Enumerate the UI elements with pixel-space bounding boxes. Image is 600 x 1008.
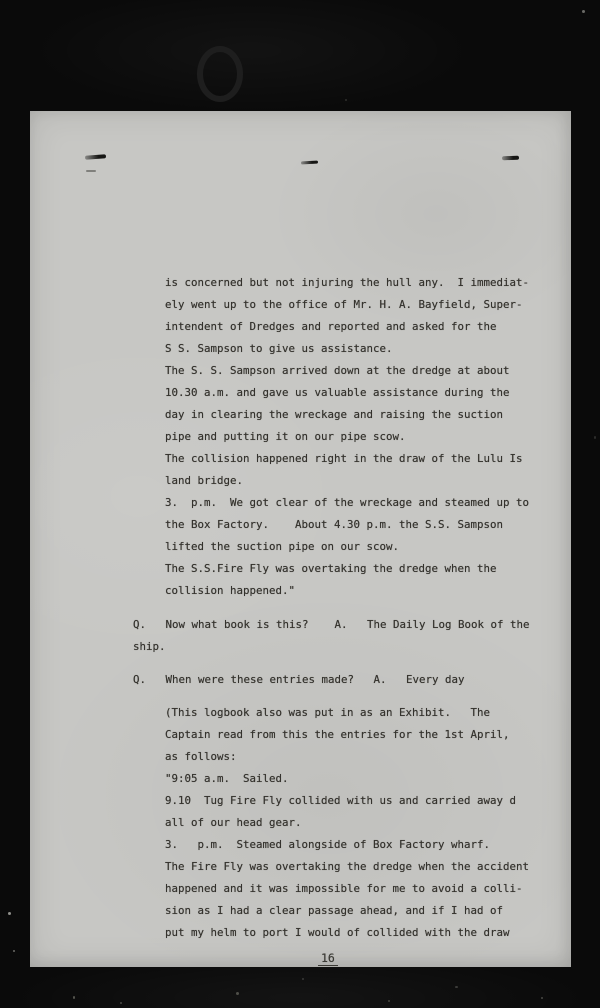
qa-line-question: Q. Now what book is this? A. The Daily L… [133, 614, 573, 636]
scan-dust-speck [388, 1000, 390, 1002]
typed-line: (This logbook also was put in as an Exhi… [133, 702, 573, 724]
scan-dust-speck [594, 436, 596, 439]
typed-line: sion as I had a clear passage ahead, and… [133, 900, 573, 922]
typed-line: "9:05 a.m. Sailed. [133, 768, 573, 790]
typed-line: Captain read from this the entries for t… [133, 724, 573, 746]
qa-line-question: Q. When were these entries made? A. Ever… [133, 669, 573, 691]
typed-line: day in clearing the wreckage and raising… [133, 404, 573, 426]
pencil-dash-mark-right [502, 156, 519, 160]
scan-dust-speck [302, 978, 304, 980]
scan-dust-speck [73, 996, 75, 999]
typed-line: 3. p.m. We got clear of the wreckage and… [133, 492, 573, 514]
typed-line: happened and it was impossible for me to… [133, 878, 573, 900]
typed-line: The collision happened right in the draw… [133, 448, 573, 470]
scanned-page-background: is concerned but not injuring the hull a… [0, 0, 600, 1008]
page-number: 16 [318, 951, 338, 966]
typed-line: The S. S. Sampson arrived down at the dr… [133, 360, 573, 382]
typed-line: 3. p.m. Steamed alongside of Box Factory… [133, 834, 573, 856]
typed-line: The Fire Fly was overtaking the dredge w… [133, 856, 573, 878]
typed-line: as follows: [133, 746, 573, 768]
pencil-dash-mark-left-small [86, 170, 96, 172]
scan-dust-speck [8, 912, 11, 915]
typed-line: pipe and putting it on our pipe scow. [133, 426, 573, 448]
typed-line: put my helm to port I would of collided … [133, 922, 573, 944]
scan-dust-speck [582, 10, 585, 13]
typed-line: the Box Factory. About 4.30 p.m. the S.S… [133, 514, 573, 536]
typed-line: ely went up to the office of Mr. H. A. B… [133, 294, 573, 316]
scan-dust-speck [236, 992, 239, 995]
typed-line: 9.10 Tug Fire Fly collided with us and c… [133, 790, 573, 812]
qa-line-answer-continuation: ship. [133, 636, 573, 658]
typed-line: all of our head gear. [133, 812, 573, 834]
typed-line: intendent of Dredges and reported and as… [133, 316, 573, 338]
scan-dust-speck [455, 986, 458, 988]
scan-dust-speck [345, 99, 347, 101]
scan-dust-speck [13, 950, 15, 952]
typed-line: The S.S.Fire Fly was overtaking the dred… [133, 558, 573, 580]
typed-line: 10.30 a.m. and gave us valuable assistan… [133, 382, 573, 404]
typed-text-block: is concerned but not injuring the hull a… [133, 272, 573, 944]
typed-line: collision happened." [133, 580, 573, 602]
watermark-ring [197, 46, 243, 102]
pencil-dash-mark-left [85, 154, 106, 159]
typed-line: land bridge. [133, 470, 573, 492]
typed-line: is concerned but not injuring the hull a… [133, 272, 573, 294]
scan-dust-speck [120, 1002, 122, 1004]
pencil-dash-mark-center [301, 161, 318, 165]
typed-line: lifted the suction pipe on our scow. [133, 536, 573, 558]
document-page: is concerned but not injuring the hull a… [30, 111, 571, 967]
scan-dust-speck [541, 997, 543, 999]
typed-line: S S. Sampson to give us assistance. [133, 338, 573, 360]
